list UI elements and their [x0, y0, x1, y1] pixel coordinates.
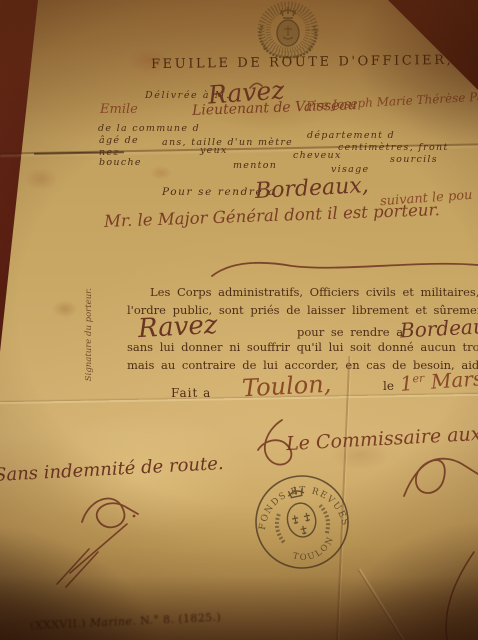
stamp-laurel-right	[319, 503, 331, 533]
right-signature-flourish	[404, 459, 478, 496]
footer-number: N.° 8.	[140, 613, 175, 628]
ink-dot	[133, 515, 136, 518]
stamp-arc-top-text: FONDS ET REVUES	[251, 477, 350, 544]
footer-work: Marine.	[89, 615, 136, 630]
footer-year: (1825.)	[178, 611, 221, 626]
ink-flourishes	[0, 0, 478, 640]
fonds-et-revues-stamp: FONDS ET REVUES TOULON	[252, 472, 352, 572]
svg-text:FONDS ET REVUES: FONDS ET REVUES	[251, 477, 350, 544]
right-edge-pen-curve	[446, 552, 474, 640]
paraph-diagonal-stroke	[70, 524, 127, 573]
photo-of-document: FEUILLE DE ROUTE D'OFFICIER, Délivrée à …	[0, 0, 478, 640]
footer-series: (XXXVII.)	[30, 617, 86, 633]
stamp-laurel-left	[274, 512, 286, 542]
stamp-arc-bottom-text: TOULON	[288, 533, 341, 567]
pen-flourish-small	[250, 83, 262, 88]
stamp-shield	[284, 501, 318, 540]
svg-text:TOULON: TOULON	[288, 533, 341, 567]
stamp-fleurs-de-lis	[292, 512, 314, 535]
commissaire-capital-flourish	[258, 420, 291, 465]
left-paraph-signature	[82, 499, 138, 528]
pen-flourish-underline	[212, 263, 478, 276]
